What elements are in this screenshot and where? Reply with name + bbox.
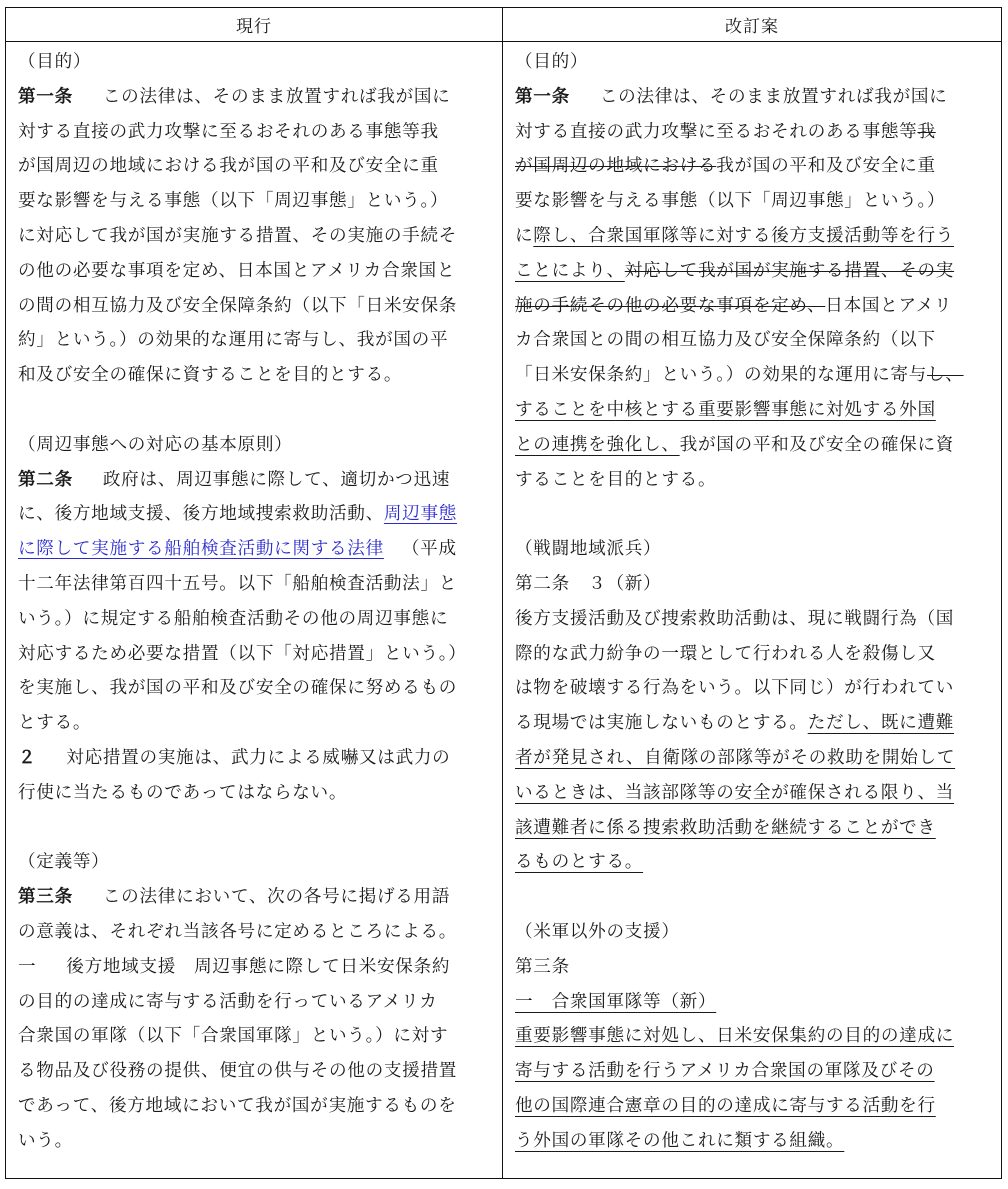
- text-line: に際して実施する船舶検査活動に関する法律（平成: [18, 532, 494, 567]
- header-revised: 改訂案: [503, 8, 1001, 42]
- text-line: う外国の軍隊その他これに類する組織。: [515, 1124, 993, 1159]
- text-line: 該遭難者に係る捜索救助活動を継続することができ: [515, 811, 993, 846]
- inserted-text: 重要影響事態に対処し、日米安保集約の目的の達成に: [515, 1026, 954, 1046]
- revised-column: （目的） 第一条この法律は、そのまま放置すれば我が国に 対する直接の武力攻撃に至…: [503, 42, 1001, 1178]
- deleted-text: 我: [917, 122, 935, 142]
- inserted-text: う外国の軍隊その他これに類する組織。: [515, 1131, 844, 1151]
- inserted-text: るものとする。: [515, 852, 643, 872]
- inserted-text: 一 合衆国軍隊等（新）: [515, 992, 716, 1012]
- item-term: 後方地域支援: [66, 957, 176, 977]
- deleted-text: が国周辺の地域における: [515, 156, 716, 176]
- text-line: いう。: [18, 1124, 494, 1159]
- text-line: る現場では実施しないものとする。ただし、既に遭難: [515, 706, 993, 741]
- article-1-line: 第一条この法律は、そのまま放置すれば我が国に: [515, 80, 993, 115]
- text-line: の目的の達成に寄与する活動を行っているアメリカ: [18, 985, 494, 1020]
- text-line: 合衆国の軍隊（以下「合衆国軍隊」という。）に対す: [18, 1019, 494, 1054]
- text-line: いるときは、当該部隊等の安全が確保される限り、当: [515, 776, 993, 811]
- text-line: することを目的とする。: [515, 463, 993, 498]
- text-line: 対する直接の武力攻撃に至るおそれのある事態等我: [18, 115, 494, 150]
- article-label: 第三条: [515, 950, 993, 985]
- inserted-text: との連携を強化し、: [515, 435, 680, 455]
- text-line: る物品及び役務の提供、便宜の供与その他の支援措置: [18, 1054, 494, 1089]
- text-line: であって、後方地域において我が国が実施するものを: [18, 1089, 494, 1124]
- inserted-text: ことにより、: [515, 261, 625, 281]
- text-line: 和及び安全の確保に資することを目的とする。: [18, 358, 494, 393]
- inserted-text: 寄与する活動を行うアメリカ合衆国の軍隊及びその: [515, 1061, 935, 1081]
- text-line: に際し、合衆国軍隊等に対する後方支援活動等を行う: [515, 219, 993, 254]
- text-line: るものとする。: [515, 845, 993, 880]
- text-line: 十二年法律第百四十五号。以下「船舶検査活動法」と: [18, 567, 494, 602]
- text-line: 寄与する活動を行うアメリカ合衆国の軍隊及びその: [515, 1054, 993, 1089]
- text-line: が国周辺の地域における我が国の平和及び安全に重: [18, 149, 494, 184]
- text-line: 重要影響事態に対処し、日米安保集約の目的の達成に: [515, 1019, 993, 1054]
- inserted-text: 該遭難者に係る捜索救助活動を継続することができ: [515, 818, 936, 838]
- law-link[interactable]: に際して実施する船舶検査活動に関する法律: [18, 539, 384, 559]
- text-line: 要な影響を与える事態（以下「周辺事態」という。）: [515, 184, 993, 219]
- text-line: 行使に当たるものであってはならない。: [18, 776, 494, 811]
- article-2-line: 第二条政府は、周辺事態に際して、適切かつ迅速: [18, 463, 494, 498]
- current-column: （目的） 第一条この法律は、そのまま放置すれば我が国に 対する直接の武力攻撃に至…: [6, 42, 503, 1178]
- text-line: 者が発見され、自衛隊の部隊等がその救助を開始して: [515, 741, 993, 776]
- text-line: 対する直接の武力攻撃に至るおそれのある事態等我: [515, 115, 993, 150]
- text-line: の間の相互協力及び安全保障条約（以下「日米安保条: [18, 289, 494, 324]
- text-line: することを中核とする重要影響事態に対処する外国: [515, 393, 993, 428]
- article-label: 第一条: [18, 86, 73, 107]
- text-line: いう。）に規定する船舶検査活動その他の周辺事態に: [18, 602, 494, 637]
- comparison-table: 現行 改訂案 （目的） 第一条この法律は、そのまま放置すれば我が国に 対する直接…: [5, 7, 1002, 1179]
- inserted-text: 際し、合衆国軍隊等に対する後方支援活動等を行う: [533, 226, 954, 246]
- text-line: 後方支援活動及び捜索救助活動は、現に戦闘行為（国: [515, 602, 993, 637]
- inserted-text: することを中核とする重要影響事態に対処する外国: [515, 400, 936, 420]
- text-line: は物を破壊する行為をいう。以下同じ）が行われてい: [515, 671, 993, 706]
- article-caption: （定義等）: [18, 845, 494, 880]
- inserted-text: いるときは、当該部隊等の安全が確保される限り、当: [515, 783, 954, 803]
- article-label: 第二条: [18, 469, 73, 490]
- text-line: に対応して我が国が実施する措置、その実施の手続そ: [18, 219, 494, 254]
- header-current: 現行: [6, 8, 503, 42]
- item-line: 一後方地域支援周辺事態に際して日米安保条約: [18, 950, 494, 985]
- text-line: を実施し、我が国の平和及び安全の確保に努めるもの: [18, 671, 494, 706]
- article-1-line: 第一条この法律は、そのまま放置すれば我が国に: [18, 80, 494, 115]
- paragraph-2-line: ２対応措置の実施は、武力による威嚇又は武力の: [18, 741, 494, 776]
- text-line: とする。: [18, 706, 494, 741]
- text-line: が国周辺の地域における我が国の平和及び安全に重: [515, 149, 993, 184]
- text-line: 要な影響を与える事態（以下「周辺事態」という。）: [18, 184, 494, 219]
- article-caption: （戦闘地域派兵）: [515, 532, 993, 567]
- text-line: ことにより、対応して我が国が実施する措置、その実: [515, 254, 993, 289]
- text-line: 他の国際連合憲章の目的の達成に寄与する活動を行: [515, 1089, 993, 1124]
- article-caption: （米軍以外の支援）: [515, 915, 993, 950]
- text-line: との連携を強化し、我が国の平和及び安全の確保に資: [515, 428, 993, 463]
- deleted-text: し、: [927, 365, 964, 385]
- article-3-line: 第三条この法律において、次の各号に掲げる用語: [18, 880, 494, 915]
- article-label: 第一条: [515, 86, 570, 107]
- text-line: の他の必要な事項を定め、日本国とアメリカ合衆国と: [18, 254, 494, 289]
- paragraph-number: ２: [18, 747, 36, 768]
- item-number: 一: [18, 957, 36, 977]
- article-caption: （目的）: [515, 45, 993, 80]
- text-line: 約」という。）の効果的な運用に寄与し、我が国の平: [18, 323, 494, 358]
- text-line: に、後方地域支援、後方地域捜索救助活動、周辺事態: [18, 497, 494, 532]
- text-line: 対応するため必要な措置（以下「対応措置」という。）: [18, 637, 494, 672]
- inserted-text: ただし、既に遭難: [808, 713, 954, 733]
- article-caption: （周辺事態への対応の基本原則）: [18, 428, 494, 463]
- inserted-text: 者が発見され、自衛隊の部隊等がその救助を開始して: [515, 748, 955, 768]
- text-line: 施の手続その他の必要な事項を定め、日本国とアメリ: [515, 289, 993, 324]
- text-line: の意義は、それぞれ当該各号に定めるところによる。: [18, 915, 494, 950]
- article-label: 第二条 ３（新）: [515, 567, 993, 602]
- text-line: 際的な武力紛争の一環として行われる人を殺傷し又: [515, 637, 993, 672]
- article-label: 第三条: [18, 886, 73, 907]
- inserted-text: 他の国際連合憲章の目的の達成に寄与する活動を行: [515, 1096, 936, 1116]
- text-line: カ合衆国との間の相互協力及び安全保障条約（以下: [515, 323, 993, 358]
- law-link[interactable]: 周辺事態: [384, 504, 457, 524]
- deleted-text: 対応して我が国が実施する措置、その実: [625, 261, 954, 281]
- deleted-text: 施の手続その他の必要な事項を定め、: [515, 296, 825, 316]
- article-caption: （目的）: [18, 45, 494, 80]
- text-line: 一 合衆国軍隊等（新）: [515, 985, 993, 1020]
- text-line: 「日米安保条約」という。）の効果的な運用に寄与し、: [515, 358, 993, 393]
